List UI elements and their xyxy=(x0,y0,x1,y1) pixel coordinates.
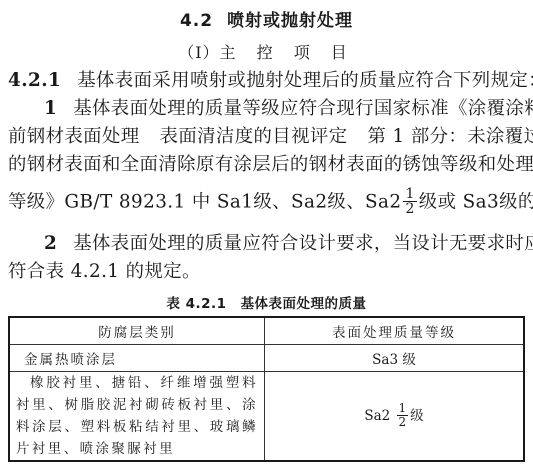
table-title: 基体表面处理的质量 xyxy=(241,296,367,312)
table-row: 金属热喷涂层 Sa3 级 xyxy=(9,345,524,372)
item-1-number: 1 xyxy=(44,98,57,119)
subsection-heading: （Ⅰ）主 控 项 目 xyxy=(0,40,533,63)
cell-grade: Sa3 级 xyxy=(265,345,525,372)
table-caption: 表 4.2.1基体表面处理的质量 xyxy=(0,292,533,312)
section-title: 喷射或抛射处理 xyxy=(227,11,353,31)
grade-list-end: 级或 Sa3级的规定； xyxy=(419,192,533,213)
cell-grade: Sa2 12级 xyxy=(265,372,525,462)
standard-title-part-d: 的钢材表面和全面清除原有涂层后的钢材表面的锈蚀等级和处理 xyxy=(8,154,533,175)
table-row: 橡胶衬里、搪铅、纤维增强塑料衬里、树脂胶泥衬砌砖板衬里、涂料涂层、塑料板粘结衬里… xyxy=(9,372,524,462)
item-2-line-1: 2基体表面处理的质量应符合设计要求，当设计无要求时应 xyxy=(44,233,533,255)
surface-treatment-quality-table: 防腐层类别 表面处理质量等级 金属热喷涂层 Sa3 级 橡胶衬里、搪铅、纤维增强… xyxy=(8,316,525,462)
standard-title-part-b: 表面清洁度的目视评定 xyxy=(160,126,348,147)
grade-prefix: Sa2 xyxy=(364,408,390,424)
table-header-row: 防腐层类别 表面处理质量等级 xyxy=(9,317,524,345)
cell-category: 橡胶衬里、搪铅、纤维增强塑料衬里、树脂胶泥衬砌砖板衬里、涂料涂层、塑料板粘结衬里… xyxy=(9,372,265,462)
item-1-line-4: 等级》GB/T 8923.1 中 Sa1级、Sa2级、Sa212级或 Sa3级的… xyxy=(8,188,533,217)
section-heading: 4.2喷射或抛射处理 xyxy=(0,6,533,31)
subsection-title: 主 控 项 目 xyxy=(220,43,355,62)
fraction-one-half: 12 xyxy=(403,187,416,216)
item-1-line-2: 前钢材表面处理表面清洁度的目视评定第 1 部分：未涂覆过 xyxy=(8,126,533,148)
header-coating-category: 防腐层类别 xyxy=(9,317,265,345)
clause-text: 基体表面采用喷射或抛射处理后的质量应符合下列规定： xyxy=(77,70,533,91)
item-1-line-3: 的钢材表面和全面清除原有涂层后的钢材表面的锈蚀等级和处理 xyxy=(8,154,533,176)
item-1-text: 基体表面处理的质量等级应符合现行国家标准《涂覆涂料 xyxy=(73,98,533,119)
item-2-text-end: 符合表 4.2.1 的规定。 xyxy=(8,261,201,282)
section-number: 4.2 xyxy=(180,11,213,31)
cell-category: 金属热喷涂层 xyxy=(9,345,265,372)
header-quality-grade: 表面处理质量等级 xyxy=(265,317,525,345)
fraction-one-half: 12 xyxy=(397,402,409,429)
item-2-number: 2 xyxy=(44,233,57,254)
standard-title-part-a: 前钢材表面处理 xyxy=(8,126,140,147)
table-number: 表 4.2.1 xyxy=(166,296,226,312)
standard-title-part-c: 第 1 部分：未涂覆过 xyxy=(367,126,533,147)
grade-list: 等级》GB/T 8923.1 中 Sa1级、Sa2级、Sa2 xyxy=(8,192,401,213)
item-2-text: 基体表面处理的质量应符合设计要求，当设计无要求时应 xyxy=(73,233,533,254)
item-2-line-2: 符合表 4.2.1 的规定。 xyxy=(8,261,201,283)
item-1-line-1: 1基体表面处理的质量等级应符合现行国家标准《涂覆涂料 xyxy=(44,98,533,120)
clause-number: 4.2.1 xyxy=(8,70,61,91)
grade-suffix: 级 xyxy=(410,408,424,424)
clause-4-2-1: 4.2.1基体表面采用喷射或抛射处理后的质量应符合下列规定： xyxy=(8,70,533,92)
subsection-prefix: （Ⅰ） xyxy=(178,43,219,62)
